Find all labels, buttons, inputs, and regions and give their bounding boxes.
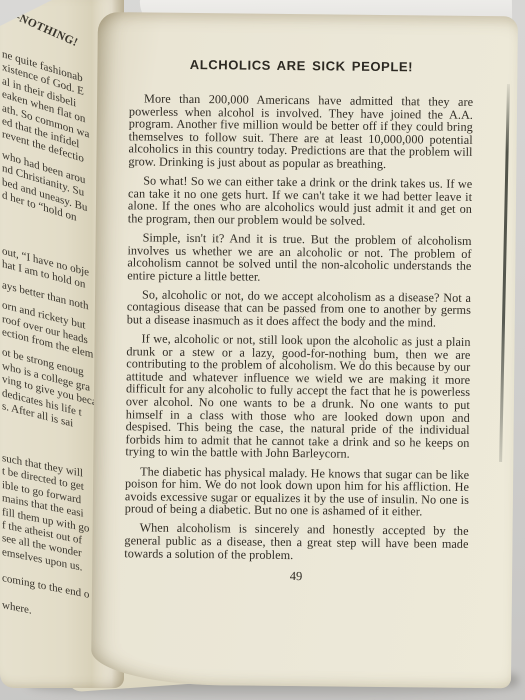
paragraph: More than 200,000 Americans have admitte…: [128, 92, 473, 171]
paragraph: So, alcoholic or not, do we accept alcoh…: [127, 288, 471, 329]
body-text: More than 200,000 Americans have admitte…: [124, 92, 473, 563]
paragraph: The diabetic has physical malady. He kno…: [125, 465, 470, 519]
right-page: ALCHOLICS ARE SICK PEOPLE! More than 200…: [91, 12, 518, 688]
left-page-fragments-upper: ne quite fashionabxistence of God. Eal i…: [2, 48, 89, 229]
page-content: ALCHOLICS ARE SICK PEOPLE! More than 200…: [92, 12, 518, 587]
page-number: 49: [124, 567, 468, 586]
chapter-title: ALCHOLICS ARE SICK PEOPLE!: [129, 56, 473, 75]
left-page-running-header: G—NOTHING!: [0, 4, 80, 49]
paragraph: So what! So we can either take a drink o…: [128, 174, 473, 228]
left-page-fragments-bottom: such that they willt be directed to geti…: [2, 452, 89, 629]
left-page-fragments-middle: out, “I have no objehat I am to hold ona…: [2, 245, 97, 437]
book-photo: G—NOTHING! ne quite fashionabxistence of…: [0, 0, 525, 700]
paragraph: If we, alcoholic or not, still look upon…: [125, 332, 470, 462]
paragraph: When alcoholism is sincerely and honestl…: [124, 522, 468, 563]
paragraph: Simple, isn't it? And it is true. But th…: [127, 231, 472, 285]
